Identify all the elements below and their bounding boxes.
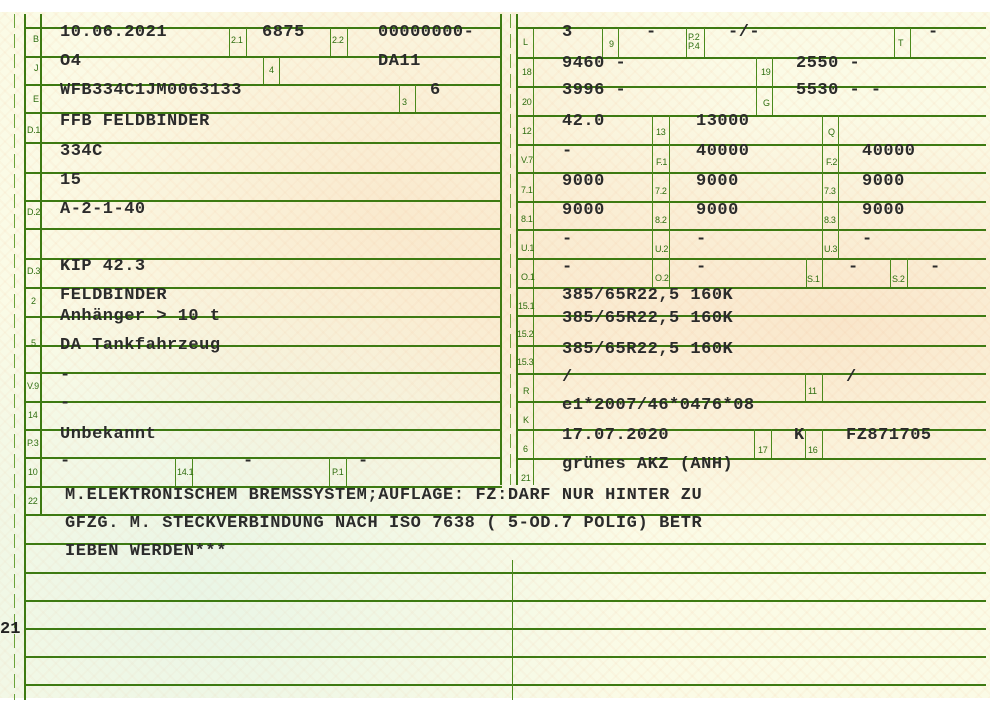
field-label-9: 9 <box>609 40 614 49</box>
field-d-2-line-3: A-2-1-40 <box>60 201 146 218</box>
field-v-7: - <box>562 143 573 160</box>
field-e-vin: WFB334C1JM0063133 <box>60 82 242 99</box>
field-label-d-2: D.2 <box>27 208 40 217</box>
field-label-d-1: D.1 <box>27 126 40 135</box>
field-label-15-3: 15.3 <box>517 358 533 367</box>
field-label-7-1: 7.1 <box>521 186 533 195</box>
field-19: 2550 - <box>796 55 860 72</box>
field-label-4: 4 <box>269 66 274 75</box>
field-label-p-2-p-4: P.2 P.4 <box>688 33 706 51</box>
field-label-14: 14 <box>28 411 37 420</box>
field-label-o-2: O.2 <box>655 274 669 283</box>
field-label-g: G <box>763 99 770 108</box>
field-k: e1*2007/46*0476*08 <box>562 397 755 414</box>
field-label-3: 3 <box>402 98 407 107</box>
field-8-3: 9000 <box>862 202 905 219</box>
field-14-1: - <box>243 453 254 470</box>
field-label-13: 13 <box>656 128 665 137</box>
field-s-2: - <box>930 259 941 276</box>
field-u-1: - <box>562 231 573 248</box>
field-label-20: 20 <box>522 98 531 107</box>
field-label-19: 19 <box>761 68 770 77</box>
field-label-t: T <box>898 39 903 48</box>
field-2: FELDBINDER <box>60 287 167 304</box>
margin-label: 21 <box>0 620 20 639</box>
field-17: K <box>794 427 805 444</box>
field-label-j: J <box>34 64 38 73</box>
field-label-11: 11 <box>808 387 817 396</box>
field-label-15-1: 15.1 <box>518 302 534 311</box>
field-label-2: 2 <box>31 297 36 306</box>
field-2-1: 6875 <box>262 24 305 41</box>
field-f-2: 40000 <box>862 143 916 160</box>
field-label-l: L <box>523 38 528 47</box>
field-6: 17.07.2020 <box>562 427 669 444</box>
remarks-line-1: M.ELEKTRONISCHEM BREMSSYSTEM;AUFLAGE: FZ… <box>65 487 702 504</box>
field-t: - <box>928 24 939 41</box>
field-label-7-2: 7.2 <box>655 187 667 196</box>
field-label-2-1: 2.1 <box>231 36 243 45</box>
field-d-1: FFB FELDBINDER <box>60 113 210 130</box>
field-7-3: 9000 <box>862 173 905 190</box>
field-label-b: B <box>33 35 39 44</box>
field-label-e: E <box>33 95 39 104</box>
field-label-18: 18 <box>522 68 531 77</box>
field-label-r: R <box>523 387 529 396</box>
field-15-2: 385/65R22,5 160K <box>562 310 733 327</box>
field-9: - <box>646 24 657 41</box>
field-21: grünes AKZ (ANH) <box>562 456 733 473</box>
field-3: 6 <box>430 82 441 99</box>
field-2-2: 00000000- <box>378 24 474 41</box>
field-20: 3996 - <box>562 82 626 99</box>
field-7-1: 9000 <box>562 173 605 190</box>
field-11: / <box>846 369 857 386</box>
field-o-2: - <box>696 259 707 276</box>
field-label-12: 12 <box>522 127 531 136</box>
field-o-1: - <box>562 259 573 276</box>
field-label-2-2: 2.2 <box>332 36 344 45</box>
field-label-u-2: U.2 <box>655 245 668 254</box>
field-label-d-3: D.3 <box>27 267 40 276</box>
registration-document: B 10.06.2021 2.1 6875 2.2 00000000- J O4… <box>0 12 990 698</box>
field-label-q: Q <box>828 128 835 137</box>
field-14: - <box>60 395 71 412</box>
field-label-10: 10 <box>28 468 37 477</box>
field-l: 3 <box>562 24 573 41</box>
field-label-15-2: 15.2 <box>517 330 533 339</box>
field-label-17: 17 <box>758 446 767 455</box>
field-label-o-1: O.1 <box>521 273 535 282</box>
field-g: 5530 - - <box>796 82 882 99</box>
field-s-1: - <box>848 259 859 276</box>
field-label-16: 16 <box>808 446 817 455</box>
field-label-p-1: P.1 <box>332 468 343 477</box>
field-p-2-p-4: -/- <box>728 24 760 41</box>
field-15-1: 385/65R22,5 160K <box>562 287 733 304</box>
field-7-2: 9000 <box>696 173 739 190</box>
field-r: / <box>562 369 573 386</box>
field-label-p-3: P.3 <box>27 439 38 448</box>
field-label-22: 22 <box>28 497 37 506</box>
field-d-2-line-2: 15 <box>60 172 81 189</box>
field-label-u-3: U.3 <box>824 245 837 254</box>
field-label-v-9: V.9 <box>27 382 39 391</box>
field-12: 42.0 <box>562 113 605 130</box>
field-4: DA11 <box>378 53 421 70</box>
field-j: O4 <box>60 53 81 70</box>
field-d-2-line-1: 334C <box>60 143 103 160</box>
field-label-14-1: 14.1 <box>177 468 193 477</box>
field-label-v-7: V.7 <box>521 156 533 165</box>
field-label-7-3: 7.3 <box>824 187 836 196</box>
field-label-21: 21 <box>521 474 530 483</box>
field-v-9: - <box>60 367 71 384</box>
field-f-1: 40000 <box>696 143 750 160</box>
field-label-u-1: U.1 <box>521 244 534 253</box>
field-label-s-1: S.1 <box>807 275 820 284</box>
field-label-6: 6 <box>523 445 528 454</box>
field-label-8-1: 8.1 <box>521 215 533 224</box>
field-label-k: K <box>523 416 529 425</box>
field-15-3: 385/65R22,5 160K <box>562 341 733 358</box>
field-8-2: 9000 <box>696 202 739 219</box>
field-p-1: - <box>358 453 369 470</box>
remarks-line-2: GFZG. M. STECKVERBINDUNG NACH ISO 7638 (… <box>65 515 702 532</box>
remarks-line-3: IEBEN WERDEN*** <box>65 543 227 560</box>
field-p-3: Unbekannt <box>60 426 156 443</box>
field-13: 13000 <box>696 113 750 130</box>
field-b-date: 10.06.2021 <box>60 24 167 41</box>
field-label-f-1: F.1 <box>656 158 667 167</box>
field-16: FZ871705 <box>846 427 932 444</box>
field-label-8-2: 8.2 <box>655 216 667 225</box>
field-label-5: 5 <box>31 339 36 348</box>
field-5-line-2: DA Tankfahrzeug <box>60 337 221 354</box>
field-18: 9460 - <box>562 55 626 72</box>
field-u-3: - <box>862 231 873 248</box>
field-u-2: - <box>696 231 707 248</box>
field-label-8-3: 8.3 <box>824 216 836 225</box>
field-5-line-1: Anhänger > 10 t <box>60 308 221 325</box>
field-8-1: 9000 <box>562 202 605 219</box>
field-label-f-2: F.2 <box>826 158 837 167</box>
field-10: - <box>60 453 71 470</box>
field-d-3: KIP 42.3 <box>60 258 146 275</box>
field-label-s-2: S.2 <box>892 275 905 284</box>
